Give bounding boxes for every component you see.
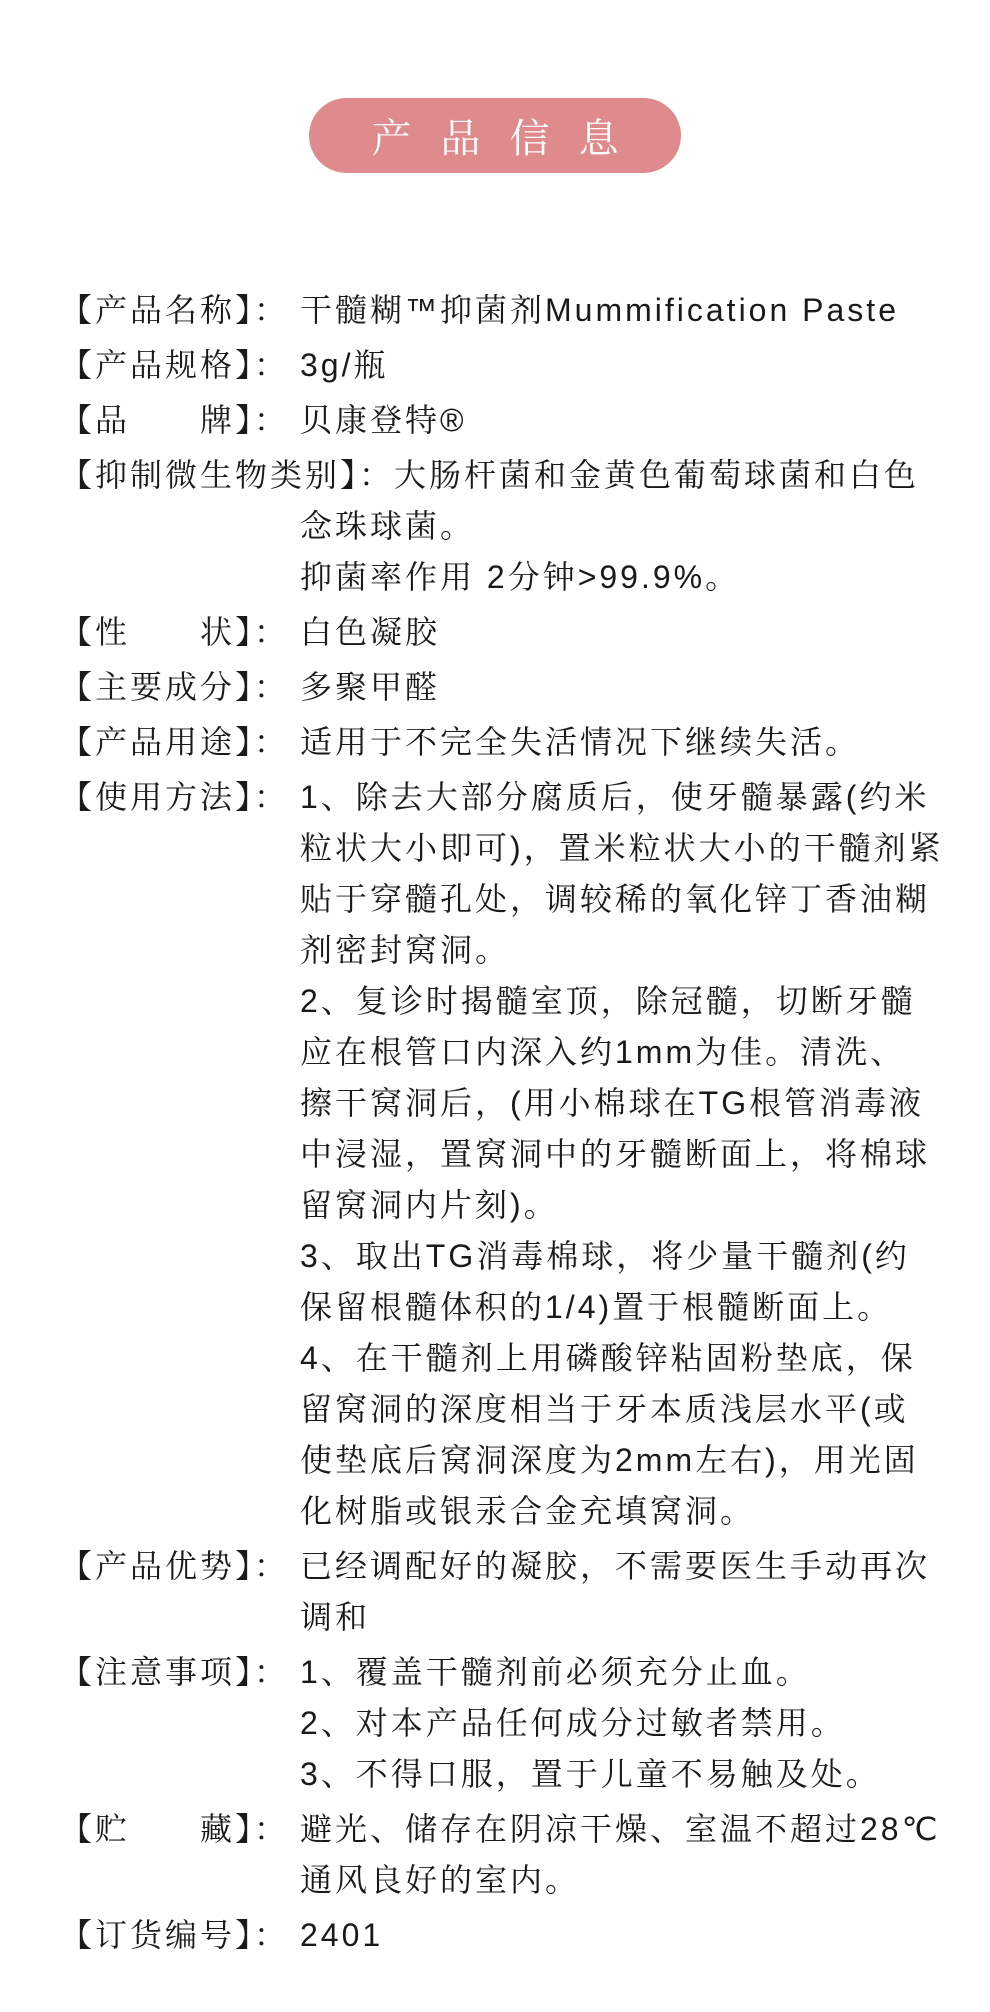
field-label: 【抑制微生物类别】： [60, 457, 394, 493]
field-product-name: 【产品名称】： 干髓糊™抑菌剂Mummification Paste [60, 285, 950, 336]
product-info-sheet: 【产品名称】： 干髓糊™抑菌剂Mummification Paste 【产品规格… [60, 285, 950, 1961]
field-value-line: 3、不得口服，置于儿童不易触及处。 [300, 1749, 950, 1800]
field-value-line: 白色凝胶 [300, 607, 950, 658]
field-appearance: 【性 状】： 白色凝胶 [60, 607, 950, 658]
field-value-line: 剂密封窝洞。 [300, 925, 950, 976]
field-label: 【产品规格】： [60, 340, 300, 391]
field-value-line: 2401 [300, 1910, 950, 1961]
field-value-line: 留窝洞内片刻)。 [300, 1180, 950, 1231]
field-label: 【性 状】： [60, 607, 300, 658]
field-label: 【贮 藏】： [60, 1804, 300, 1855]
field-value-line: 留窝洞的深度相当于牙本质浅层水平(或 [300, 1384, 950, 1435]
field-product-use: 【产品用途】： 适用于不完全失活情况下继续失活。 [60, 717, 950, 768]
field-value-line: 3g/瓶 [300, 340, 950, 391]
field-value-line: 保留根髓体积的1/4)置于根髓断面上。 [300, 1282, 950, 1333]
field-value-line: 1、除去大部分腐质后，使牙髓暴露(约米 [300, 772, 950, 823]
field-label: 【注意事项】： [60, 1647, 300, 1698]
field-value-line: 粒状大小即可)，置米粒状大小的干髓剂紧 [300, 823, 950, 874]
field-value-line: 抑菌率作用 2分钟>99.9%。 [300, 552, 950, 603]
field-value-line: 已经调配好的凝胶，不需要医生手动再次 [300, 1541, 950, 1592]
field-label: 【产品名称】： [60, 285, 300, 336]
field-value-line: 多聚甲醛 [300, 662, 950, 713]
page-title-badge: 产 品 信 息 [309, 98, 681, 173]
field-value-line: 2、复诊时揭髓室顶，除冠髓，切断牙髓 [300, 976, 950, 1027]
page-title: 产 品 信 息 [362, 107, 627, 164]
field-value-line: 念珠球菌。 [300, 501, 950, 552]
field-advantage: 【产品优势】： 已经调配好的凝胶，不需要医生手动再次 调和 [60, 1541, 950, 1643]
field-value-line: 贴于穿髓孔处，调较稀的氧化锌丁香油糊 [300, 874, 950, 925]
field-product-spec: 【产品规格】： 3g/瓶 [60, 340, 950, 391]
field-value-line: 使垫底后窝洞深度为2mm左右)，用光固 [300, 1435, 950, 1486]
field-value-line: 应在根管口内深入约1mm为佳。清洗、 [300, 1027, 950, 1078]
field-microbe-class: 【抑制微生物类别】：大肠杆菌和金黄色葡萄球菌和白色 念珠球菌。 抑菌率作用 2分… [60, 450, 950, 603]
field-precautions: 【注意事项】： 1、覆盖干髓剂前必须充分止血。 2、对本产品任何成分过敏者禁用。… [60, 1647, 950, 1800]
field-value-line: 4、在干髓剂上用磷酸锌粘固粉垫底，保 [300, 1333, 950, 1384]
field-label: 【使用方法】： [60, 772, 300, 823]
field-label: 【主要成分】： [60, 662, 300, 713]
field-value-line: 干髓糊™抑菌剂Mummification Paste [300, 285, 950, 336]
field-label: 【订货编号】： [60, 1910, 300, 1961]
field-main-ingredient: 【主要成分】： 多聚甲醛 [60, 662, 950, 713]
field-value-line: 适用于不完全失活情况下继续失活。 [300, 717, 950, 768]
field-value-line: 化树脂或银汞合金充填窝洞。 [300, 1486, 950, 1537]
field-instructions: 【使用方法】： 1、除去大部分腐质后，使牙髓暴露(约米 粒状大小即可)，置米粒状… [60, 772, 950, 1537]
field-value-line: 擦干窝洞后，(用小棉球在TG根管消毒液 [300, 1078, 950, 1129]
field-value-line: 中浸湿，置窝洞中的牙髓断面上，将棉球 [300, 1129, 950, 1180]
field-value-line: 3、取出TG消毒棉球，将少量干髓剂(约 [300, 1231, 950, 1282]
field-brand: 【品 牌】： 贝康登特® [60, 395, 950, 446]
field-value-line: 调和 [300, 1592, 950, 1643]
field-value-line: 大肠杆菌和金黄色葡萄球菌和白色 [394, 457, 919, 493]
field-order-number: 【订货编号】： 2401 [60, 1910, 950, 1961]
field-value-line: 避光、储存在阴凉干燥、室温不超过28℃ [300, 1804, 950, 1855]
field-storage: 【贮 藏】： 避光、储存在阴凉干燥、室温不超过28℃ 通风良好的室内。 [60, 1804, 950, 1906]
field-value-line: 贝康登特® [300, 395, 950, 446]
field-value-line: 1、覆盖干髓剂前必须充分止血。 [300, 1647, 950, 1698]
field-label: 【产品优势】： [60, 1541, 300, 1592]
field-value-line: 2、对本产品任何成分过敏者禁用。 [300, 1698, 950, 1749]
field-label: 【产品用途】： [60, 717, 300, 768]
field-label: 【品 牌】： [60, 395, 300, 446]
field-value-line: 通风良好的室内。 [300, 1855, 950, 1906]
